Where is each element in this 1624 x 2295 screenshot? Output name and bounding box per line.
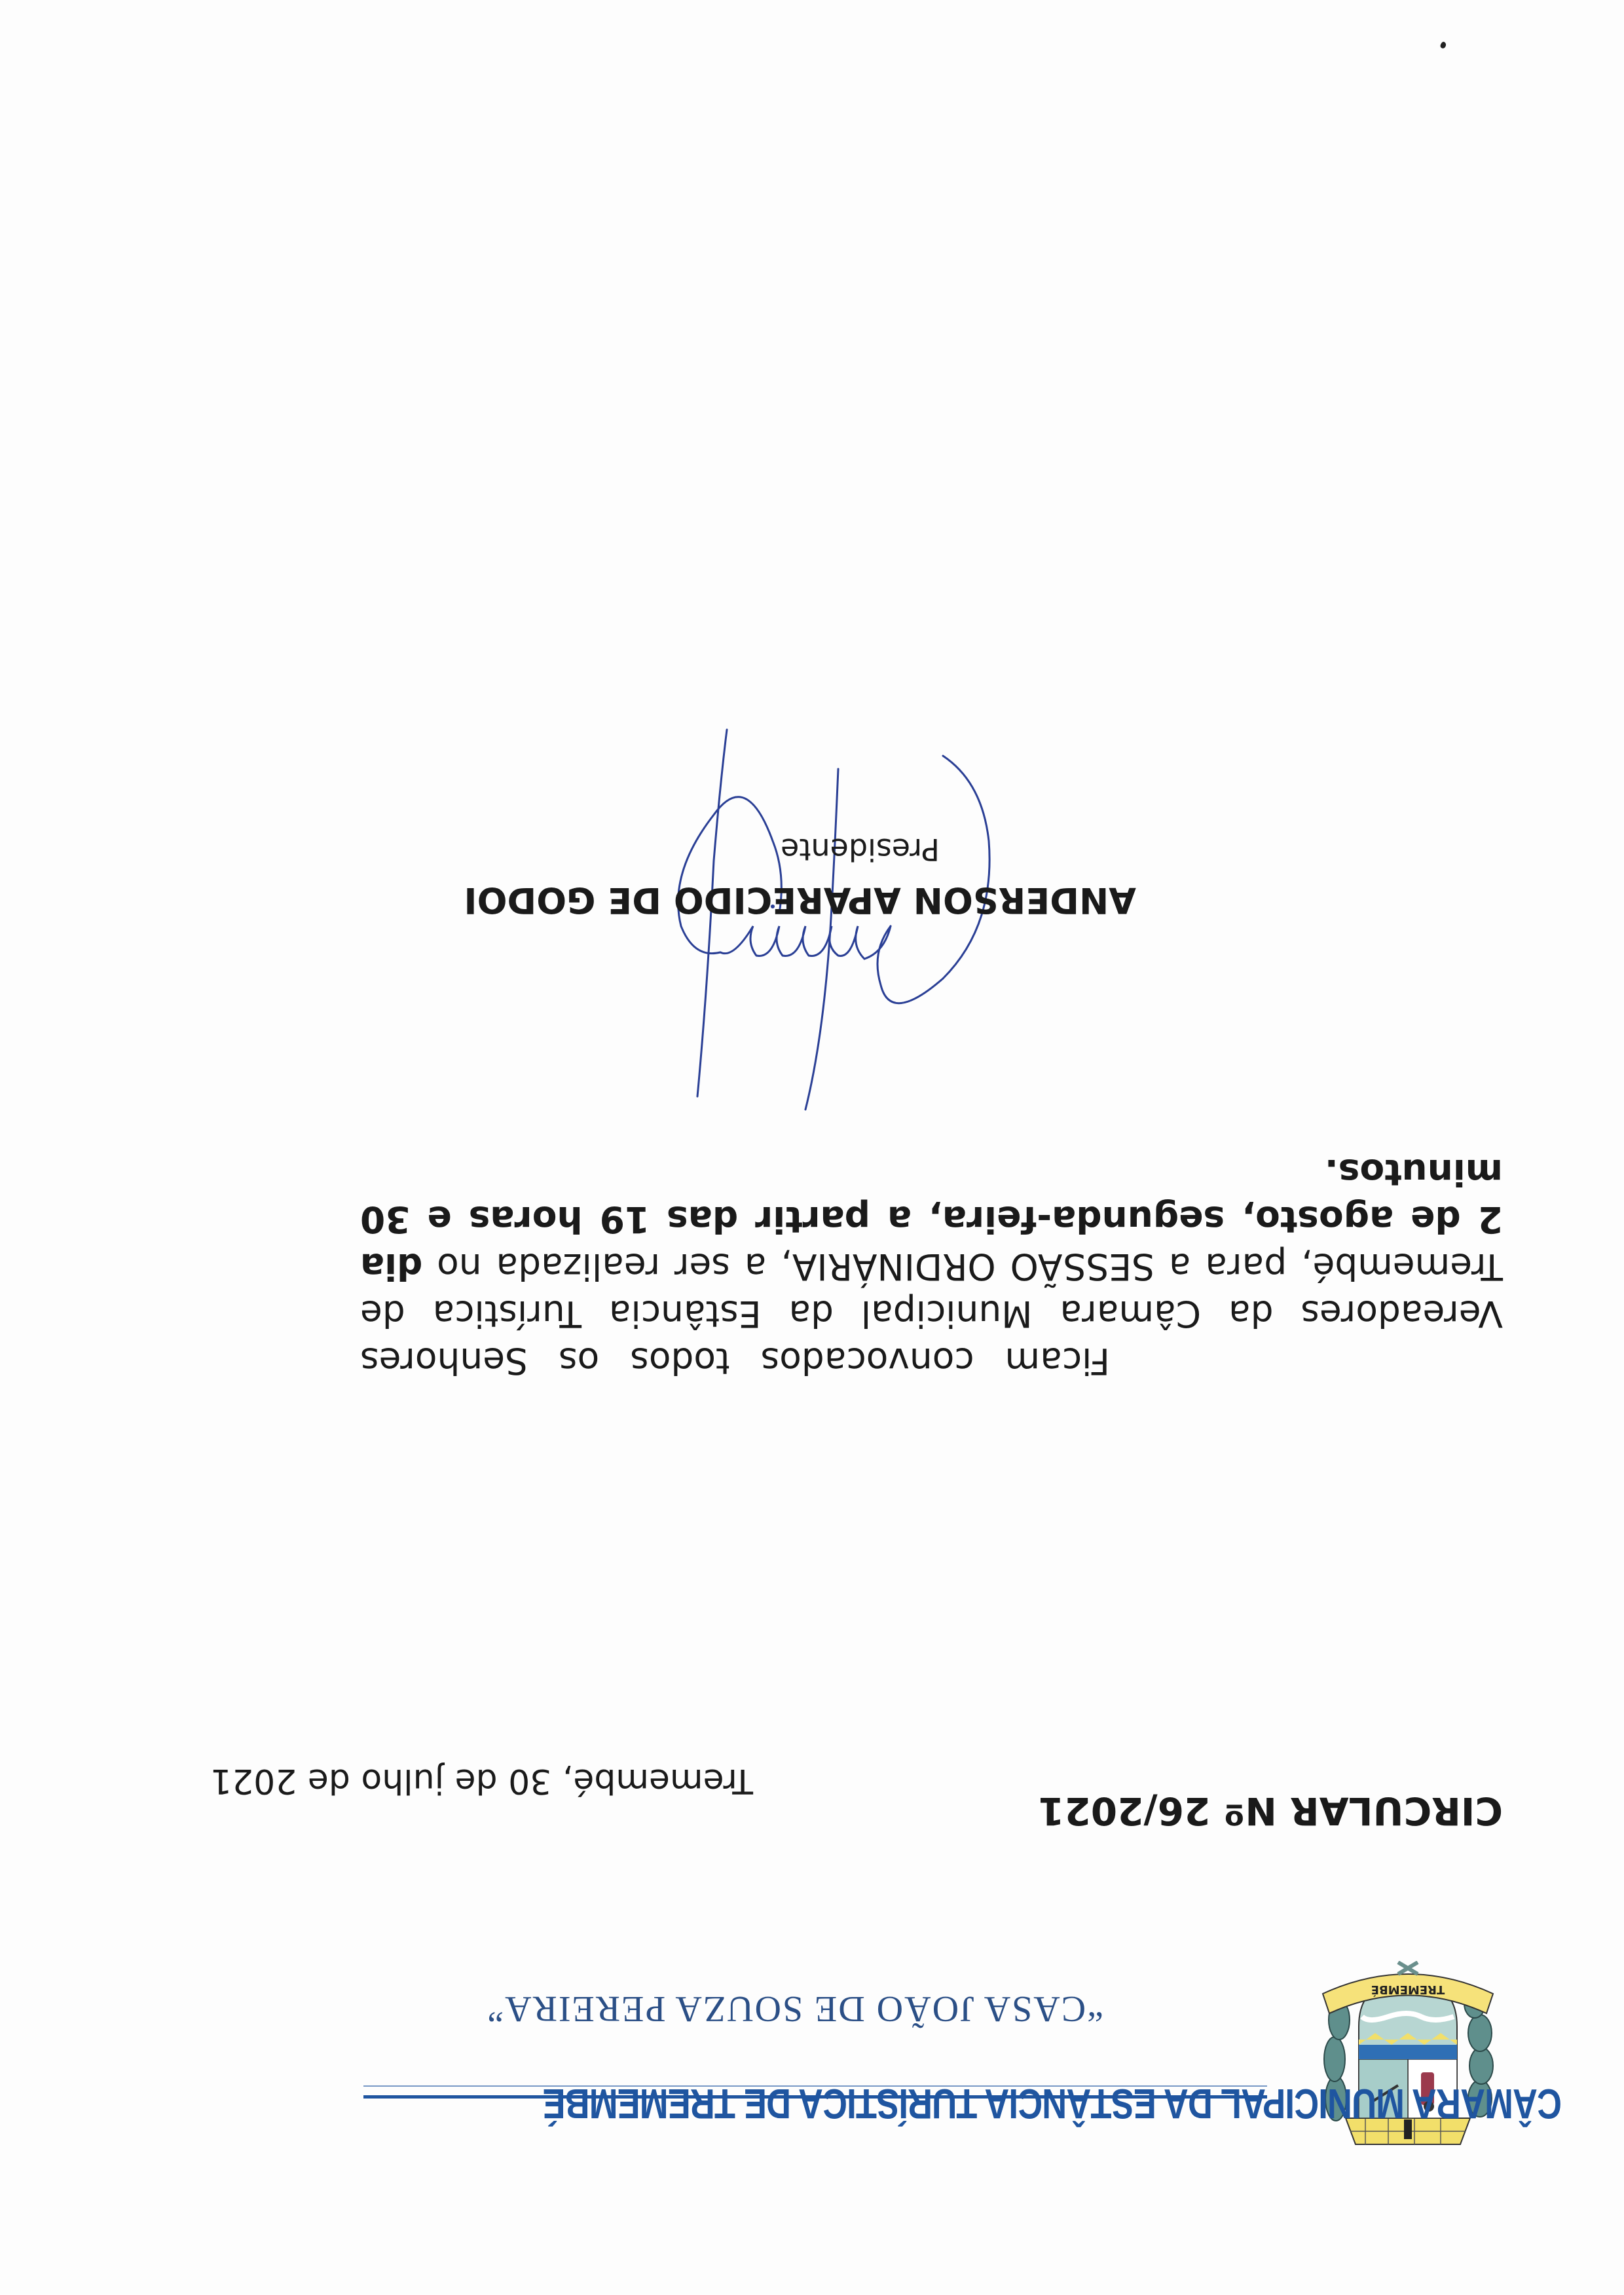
coat-of-arms-icon: TREMEMBÉ (1310, 1961, 1506, 2171)
document-page: TREMEMBÉ CÂMARA MUNICIPAL DA ESTÂNCIA TU… (0, 0, 1624, 2295)
circular-number: CIRCULAR Nº 26/2021 (1038, 1789, 1503, 1833)
svg-text:TREMEMBÉ: TREMEMBÉ (1371, 1983, 1445, 1997)
institution-subtitle: “CASA JOÃO DE SOUZA PEREIRA” (486, 1988, 1103, 2030)
signer-role: Presidente (781, 832, 940, 867)
header-divider (363, 2095, 1267, 2099)
header-divider-thin (363, 2085, 1267, 2087)
signer-name: ANDERSON APARECIDO DE GODOI (464, 880, 1136, 921)
scan-artifact (1439, 41, 1447, 50)
institution-title: CÂMARA MUNICIPAL DA ESTÂNCIA TURÍSTICA D… (568, 2080, 1562, 2128)
date-line: Tremembé, 30 de julho de 2021 (210, 1761, 753, 1801)
convocation-paragraph: Ficam convocados todos os Senhores Verea… (360, 1149, 1503, 1385)
paragraph-text: Ficam convocados todos os Senhores Verea… (360, 1246, 1503, 1382)
